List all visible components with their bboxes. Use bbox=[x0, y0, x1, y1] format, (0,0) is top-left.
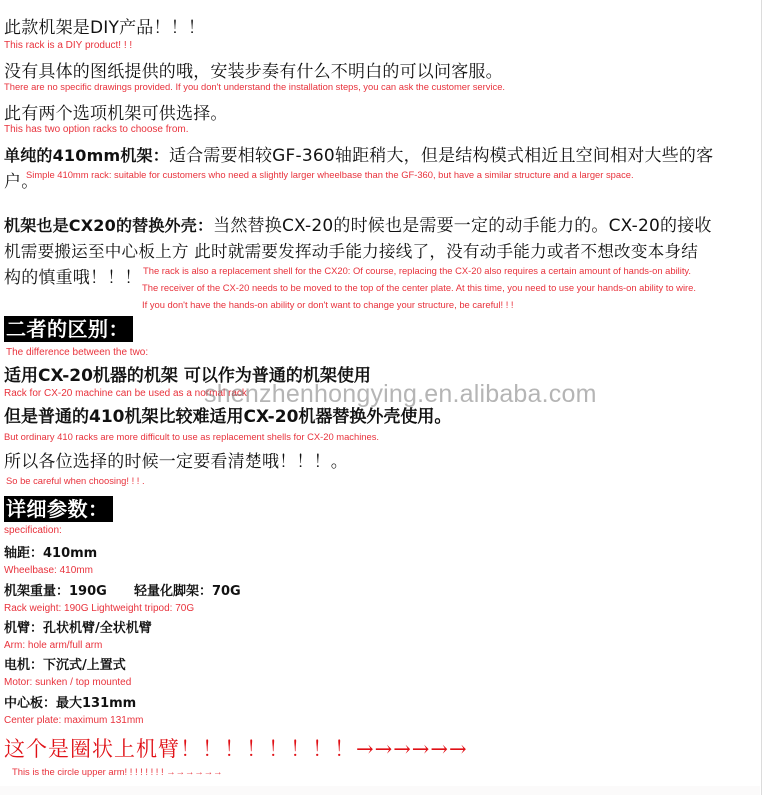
difference-point-2-en: But ordinary 410 racks are more difficul… bbox=[4, 430, 379, 443]
spec-motor-zh: 电机：下沉式/上置式 bbox=[4, 657, 126, 675]
spec-wheelbase-zh: 轴距：410mm bbox=[4, 545, 97, 563]
spec-center-plate-zh: 中心板：最大131mm bbox=[4, 695, 136, 713]
intro-diy-en: This rack is a DIY product! ! ! bbox=[4, 39, 132, 52]
specification-header: 详细参数： bbox=[4, 496, 113, 522]
difference-point-1-zh: 适用CX-20机器的机架 可以作为普通的机架使用 bbox=[4, 364, 371, 388]
option-simple-body-1: 适合需要相较GF-360轴距稍大，但是结构模式相近且空间相对大些的客 bbox=[169, 146, 713, 166]
option-simple-en: Simple 410mm rack: suitable for customer… bbox=[26, 168, 634, 181]
spec-center-plate-en: Center plate: maximum 131mm bbox=[4, 714, 144, 727]
option-simple-line1: 单纯的410mm机架：适合需要相较GF-360轴距稍大，但是结构模式相近且空间相… bbox=[4, 144, 713, 168]
intro-options-en: This has two option racks to choose from… bbox=[4, 123, 189, 136]
spec-arm-zh: 机臂：孔状机臂/全状机臂 bbox=[4, 620, 152, 638]
spec-weight-zh: 机架重量：190G 轻量化脚架：70G bbox=[4, 583, 241, 601]
bottom-band bbox=[0, 786, 760, 795]
spec-weight-en: Rack weight: 190G Lightweight tripod: 70… bbox=[4, 602, 194, 615]
right-border-rule bbox=[761, 0, 762, 795]
spec-wheelbase-en: Wheelbase: 410mm bbox=[4, 564, 93, 577]
specification-header-en: specification: bbox=[4, 524, 62, 537]
intro-drawings-en: There are no specific drawings provided.… bbox=[4, 80, 505, 93]
option-cx20-en-2: The receiver of the CX-20 needs to be mo… bbox=[142, 281, 696, 294]
option-cx20-title: 机架也是CX20的替换外壳： bbox=[4, 216, 213, 235]
option-cx20-body-2: 机需要搬运至中心板上方 此时就需要发挥动手能力接线了，没有动手能力或者不想改变本… bbox=[4, 240, 698, 264]
difference-advice-en: So be careful when choosing! ! ! . bbox=[6, 474, 145, 487]
difference-header-en: The difference between the two: bbox=[6, 346, 148, 359]
option-cx20-en-3: If you don't have the hands-on ability o… bbox=[142, 298, 514, 311]
callout-circle-arm-zh: 这个是圈状上机臂！！！！！！！！→→→→→→ bbox=[4, 735, 468, 763]
callout-circle-arm-en: This is the circle upper arm! ! ! ! ! ! … bbox=[12, 765, 222, 778]
intro-diy-zh: 此款机架是DIY产品！！！ bbox=[4, 16, 205, 40]
difference-point-1-en: Rack for CX-20 machine can be used as a … bbox=[4, 387, 247, 400]
option-simple-title: 单纯的410mm机架： bbox=[4, 146, 169, 165]
option-cx20-body-1: 当然替换CX-20的时候也是需要一定的动手能力的。CX-20的接收 bbox=[213, 216, 711, 236]
spec-arm-en: Arm: hole arm/full arm bbox=[4, 639, 102, 652]
option-cx20-line1: 机架也是CX20的替换外壳：当然替换CX-20的时候也是需要一定的动手能力的。C… bbox=[4, 214, 712, 238]
difference-point-2-zh: 但是普通的410机架比较难适用CX-20机器替换外壳使用。 bbox=[4, 405, 451, 429]
difference-header: 二者的区别： bbox=[4, 316, 133, 342]
option-cx20-en-1: The rack is also a replacement shell for… bbox=[143, 264, 691, 277]
option-cx20-body-3: 构的慎重哦！！！ bbox=[4, 266, 142, 290]
spec-motor-en: Motor: sunken / top mounted bbox=[4, 676, 131, 689]
difference-advice-zh: 所以各位选择的时候一定要看清楚哦！！！。 bbox=[4, 450, 348, 474]
